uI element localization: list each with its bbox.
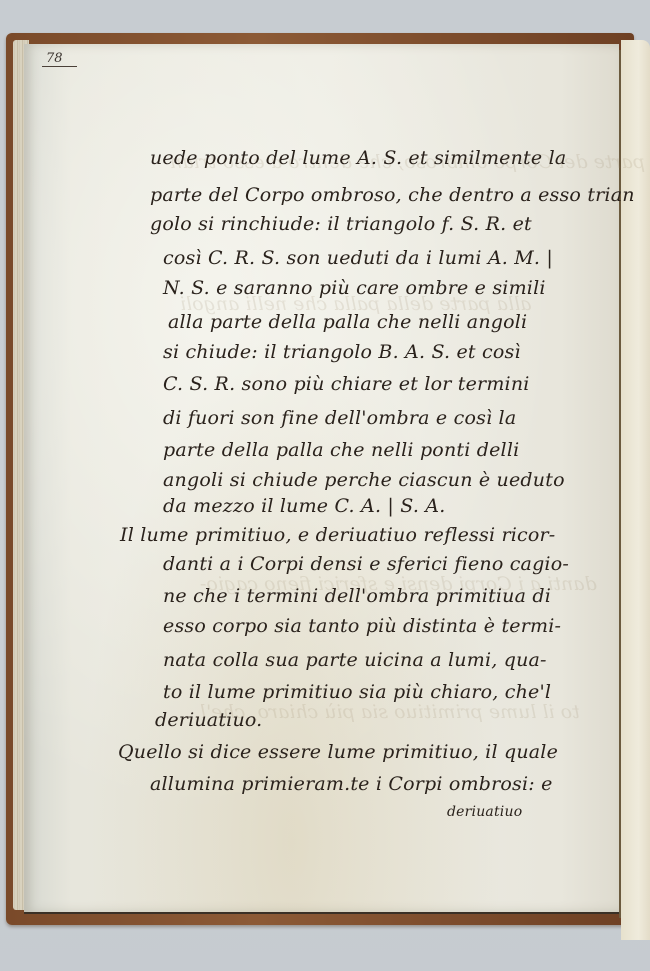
text-line: danti a i Corpi densi e sferici fieno ca… xyxy=(163,552,569,576)
text-line: angoli si chiude perche ciascun è ueduto xyxy=(163,468,565,492)
text-line: nata colla sua parte uicina a lumi, qua- xyxy=(163,648,547,672)
manuscript-text: parte del Corpo ombroso, che dentro a es… xyxy=(0,0,650,971)
text-line: to il lume primitiuo sia più chiaro, che… xyxy=(163,680,551,704)
text-line: C. S. R. sono più chiare et lor termini xyxy=(163,372,530,396)
text-line: ne che i termini dell'ombra primitiua di xyxy=(163,584,551,608)
text-line: golo si rinchiude: il triangolo f. S. R.… xyxy=(150,212,532,236)
text-line: si chiude: il triangolo B. A. S. et così xyxy=(163,340,521,364)
text-line: alla parte della palla che nelli angoli xyxy=(168,310,527,334)
text-line: deriuatiuo. xyxy=(155,708,262,732)
text-line: N. S. e saranno più care ombre e simili xyxy=(163,276,546,300)
text-line: parte della palla che nelli ponti delli xyxy=(163,438,519,462)
catchword: deriuatiuo xyxy=(447,800,522,824)
text-line: Quello si dice essere lume primitiuo, il… xyxy=(118,740,558,764)
text-line: da mezzo il lume C. A. | S. A. xyxy=(163,494,445,518)
text-line: uede ponto del lume A. S. et similmente … xyxy=(150,146,566,170)
text-line: allumina primieram.te i Corpi ombrosi: e xyxy=(150,772,553,796)
text-line: Il lume primitiuo, e deriuatiuo reflessi… xyxy=(120,523,555,547)
text-line: di fuori son fine dell'ombra e così la xyxy=(163,406,516,430)
text-line: parte del Corpo ombroso, che dentro a es… xyxy=(150,183,635,207)
text-line: esso corpo sia tanto più distinta è term… xyxy=(163,614,561,638)
text-line: così C. R. S. son ueduti da i lumi A. M.… xyxy=(163,246,553,270)
